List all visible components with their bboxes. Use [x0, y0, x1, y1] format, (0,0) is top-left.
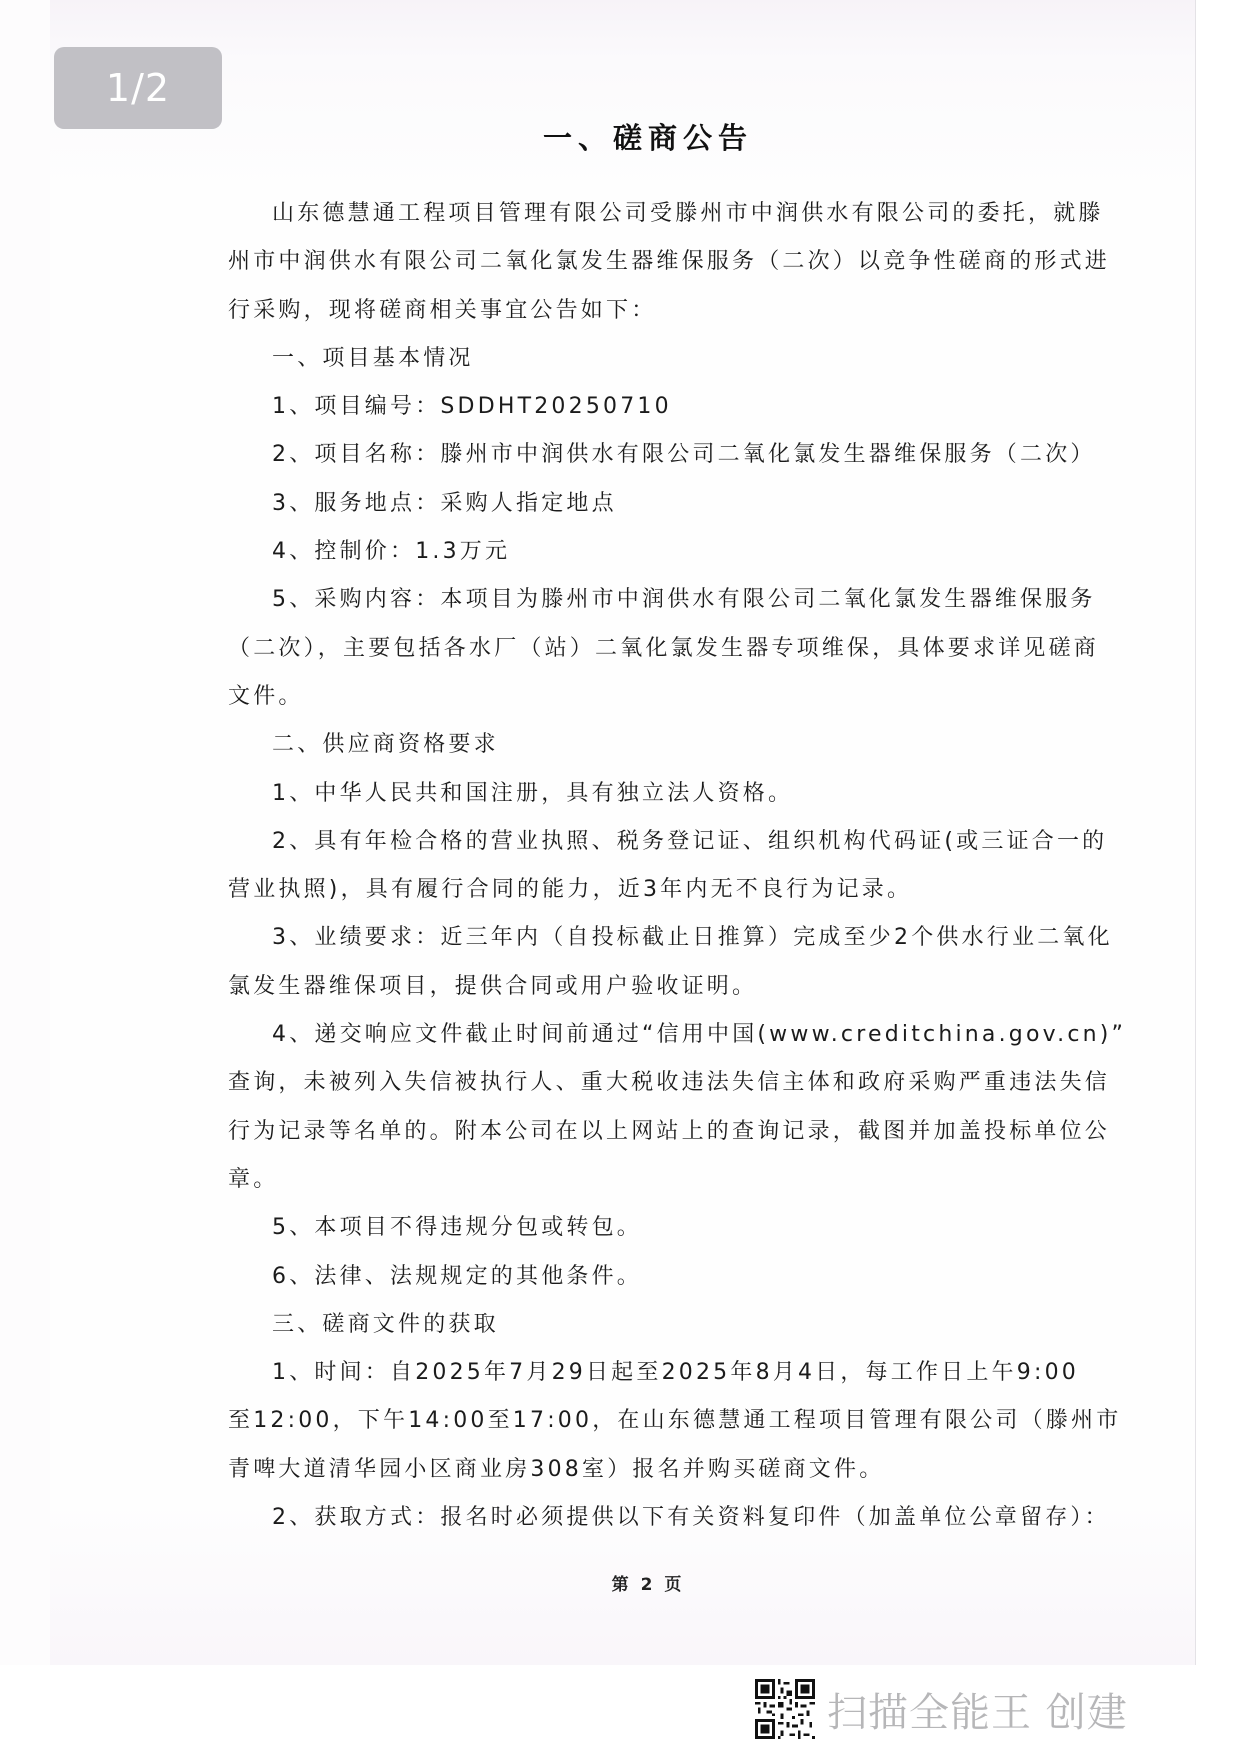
body-line: 文件。 — [228, 673, 1036, 721]
body-line: 查询，未被列入失信被执行人、重大税收违法失信主体和政府采购严重违法失信 — [228, 1059, 1036, 1107]
list-item: 1、时间：自2025年7月29日起至2025年8月4日，每工作日上午9:00 — [228, 1349, 1036, 1397]
body-line: 州市中润供水有限公司二氧化氯发生器维保服务（二次）以竞争性磋商的形式进 — [228, 238, 1036, 286]
list-item: 4、控制价：1.3万元 — [228, 528, 1036, 576]
list-item: 1、中华人民共和国注册，具有独立法人资格。 — [228, 770, 1036, 818]
body-line: 章。 — [228, 1156, 1036, 1204]
document-body: 山东德慧通工程项目管理有限公司受滕州市中润供水有限公司的委托，就滕 州市中润供水… — [228, 190, 1036, 1542]
body-line: 氯发生器维保项目，提供合同或用户验收证明。 — [228, 963, 1036, 1011]
list-item: 5、本项目不得违规分包或转包。 — [228, 1204, 1036, 1252]
list-item: 6、法律、法规规定的其他条件。 — [228, 1253, 1036, 1301]
body-line: 行采购，现将磋商相关事宜公告如下： — [228, 287, 1036, 335]
list-item: 2、具有年检合格的营业执照、税务登记证、组织机构代码证(或三证合一的 — [228, 818, 1036, 866]
right-margin — [1196, 0, 1256, 1748]
list-item: 2、获取方式：报名时必须提供以下有关资料复印件（加盖单位公章留存）： — [228, 1494, 1036, 1542]
watermark-text: 扫描全能王 创建 — [827, 1681, 1128, 1738]
page-number-footer: 第 2 页 — [0, 1570, 1256, 1595]
list-item: 3、业绩要求：近三年内（自投标截止日推算）完成至少2个供水行业二氧化 — [228, 914, 1036, 962]
body-line: 至12:00，下午14:00至17:00，在山东德慧通工程项目管理有限公司（滕州… — [228, 1397, 1036, 1445]
qr-code-icon — [755, 1678, 815, 1740]
scanner-watermark: 扫描全能王 创建 — [755, 1677, 1128, 1741]
section-heading: 一、项目基本情况 — [228, 335, 1036, 383]
list-item: 5、采购内容：本项目为滕州市中润供水有限公司二氧化氯发生器维保服务 — [228, 576, 1036, 624]
section-heading: 三、磋商文件的获取 — [228, 1301, 1036, 1349]
body-line: （二次），主要包括各水厂（站）二氧化氯发生器专项维保，具体要求详见磋商 — [228, 625, 1036, 673]
list-item: 1、项目编号：SDDHT20250710 — [228, 383, 1036, 431]
body-line: 营业执照)，具有履行合同的能力，近3年内无不良行为记录。 — [228, 866, 1036, 914]
body-line: 山东德慧通工程项目管理有限公司受滕州市中润供水有限公司的委托，就滕 — [228, 190, 1036, 238]
body-line: 行为记录等名单的。附本公司在以上网站上的查询记录，截图并加盖投标单位公 — [228, 1108, 1036, 1156]
section-heading: 二、供应商资格要求 — [228, 721, 1036, 769]
document-title: 一、磋商公告 — [0, 116, 1256, 157]
body-line: 青啤大道清华园小区商业房308室）报名并购买磋商文件。 — [228, 1446, 1036, 1494]
list-item: 3、服务地点：采购人指定地点 — [228, 480, 1036, 528]
list-item: 4、递交响应文件截止时间前通过“信用中国(www.creditchina.gov… — [228, 1011, 1036, 1059]
list-item: 2、项目名称：滕州市中润供水有限公司二氧化氯发生器维保服务（二次） — [228, 431, 1036, 479]
